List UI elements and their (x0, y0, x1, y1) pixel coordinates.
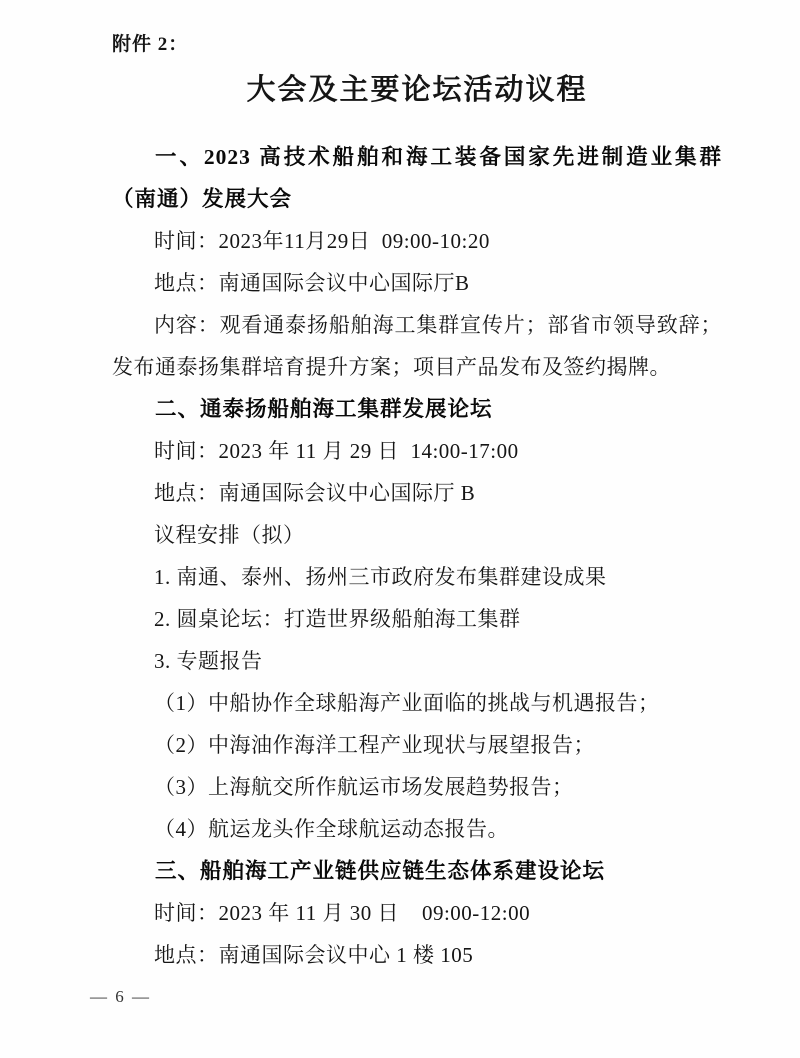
section-3-heading: 三、船舶海工产业链供应链生态体系建设论坛 (112, 850, 722, 892)
agenda-plan-note: 议程安排（拟） (112, 514, 722, 556)
section-2-heading: 二、通泰扬船舶海工集群发展论坛 (112, 388, 722, 430)
section-2-time: 时间：2023 年 11 月 29 日 14:00-17:00 (112, 430, 722, 472)
section-1-heading: 一、2023 高技术船舶和海工装备国家先进制造业集群（南通）发展大会 (112, 136, 722, 220)
section-1-time: 时间：2023年11月29日 09:00-10:20 (112, 220, 722, 262)
report-item-1: （1）中船协作全球船海产业面临的挑战与机遇报告； (112, 682, 722, 724)
section-3-venue: 地点：南通国际会议中心 1 楼 105 (112, 934, 722, 976)
report-item-3: （3）上海航交所作航运市场发展趋势报告； (112, 766, 722, 808)
section-1-venue: 地点：南通国际会议中心国际厅B (112, 262, 722, 304)
report-item-4: （4）航运龙头作全球航运动态报告。 (112, 808, 722, 850)
section-1-content: 内容：观看通泰扬船舶海工集群宣传片；部省市领导致辞；发布通泰扬集群培育提升方案；… (112, 304, 722, 388)
page-number: — 6 — (90, 982, 722, 1012)
section-2-venue: 地点：南通国际会议中心国际厅 B (112, 472, 722, 514)
report-item-2: （2）中海油作海洋工程产业现状与展望报告； (112, 724, 722, 766)
page-title: 大会及主要论坛活动议程 (112, 68, 722, 112)
agenda-item-2: 2. 圆桌论坛：打造世界级船舶海工集群 (112, 598, 722, 640)
agenda-item-3: 3. 专题报告 (112, 640, 722, 682)
agenda-item-1: 1. 南通、泰州、扬州三市政府发布集群建设成果 (112, 556, 722, 598)
attachment-label: 附件 2： (112, 24, 722, 66)
section-3-time: 时间：2023 年 11 月 30 日 09:00-12:00 (112, 892, 722, 934)
document-page: 附件 2： 大会及主要论坛活动议程 一、2023 高技术船舶和海工装备国家先进制… (0, 0, 800, 1058)
